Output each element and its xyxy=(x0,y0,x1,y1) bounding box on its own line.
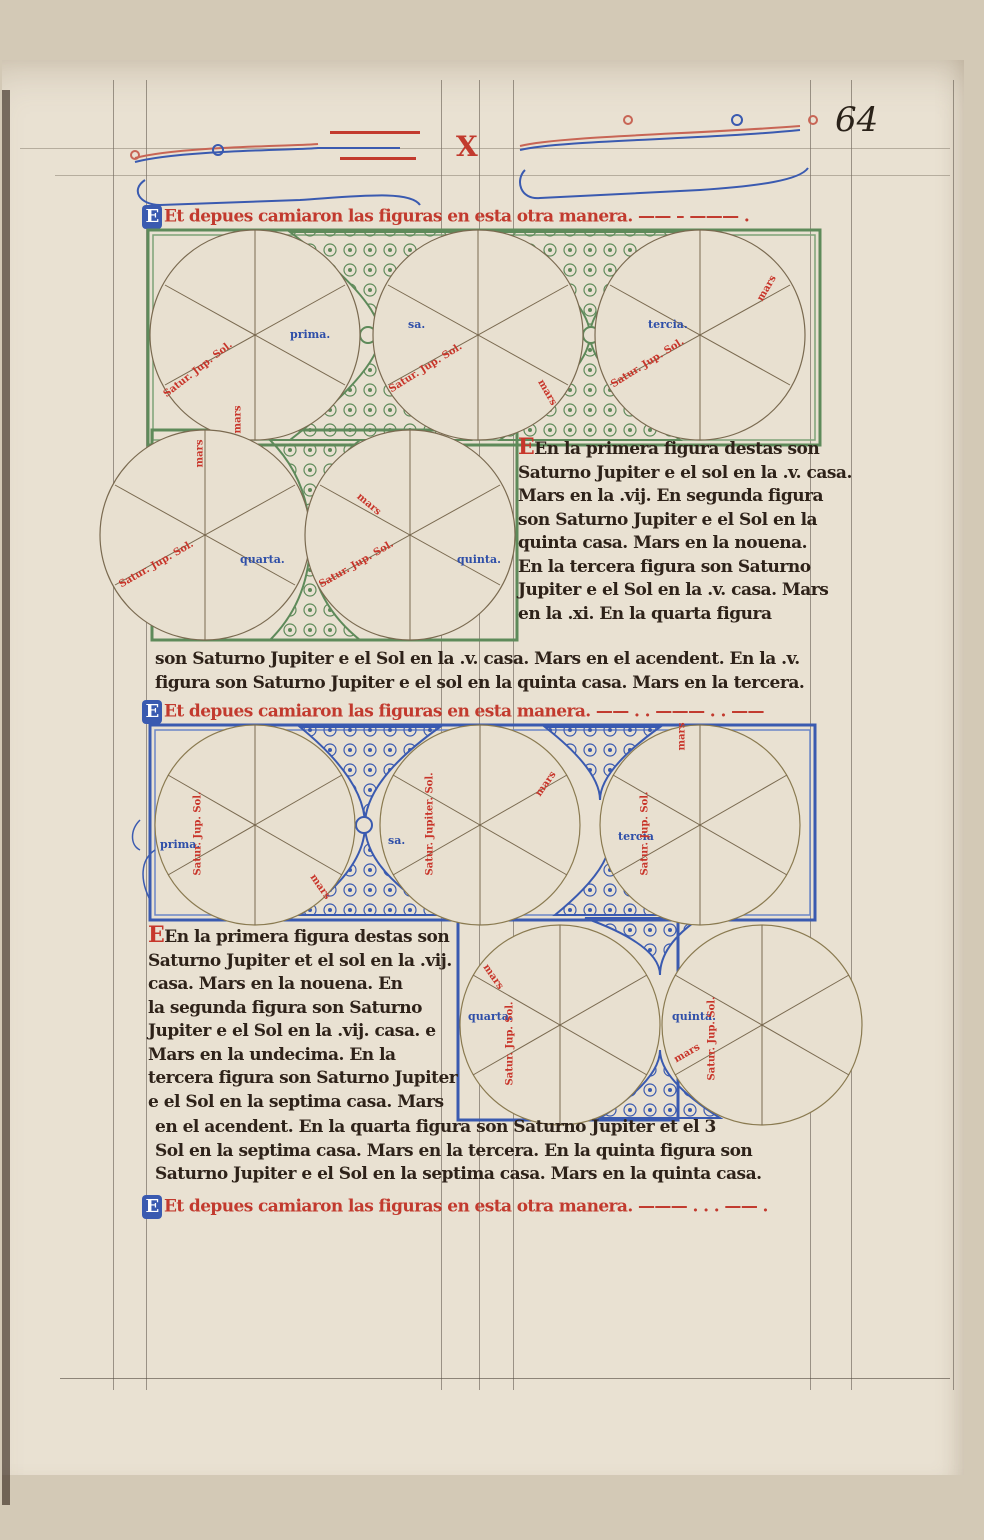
planet-label: Satur. Jupiter. Sol. xyxy=(425,772,436,875)
planet-label: Satur. Jup. Sol. xyxy=(193,791,204,875)
text-block-2-left: EEn la primera figura destas son Saturno… xyxy=(148,924,457,1114)
text-block-2-full: en el acendent. En la quarta figura son … xyxy=(155,1116,762,1187)
circle-label-secunda: sa. xyxy=(388,834,405,847)
diagram-2 xyxy=(0,0,984,1540)
rubric-heading-3: EEt depues camiaron las figuras en esta … xyxy=(142,1195,768,1219)
initial-e: E xyxy=(142,1195,162,1219)
planet-label: Satur. Jup. Sol. xyxy=(707,996,718,1080)
mars-label: mars xyxy=(677,723,688,751)
planet-label: Satur. Jup. Sol. xyxy=(505,1001,516,1085)
planet-label: Satur. Jup. Sol. xyxy=(640,791,651,875)
